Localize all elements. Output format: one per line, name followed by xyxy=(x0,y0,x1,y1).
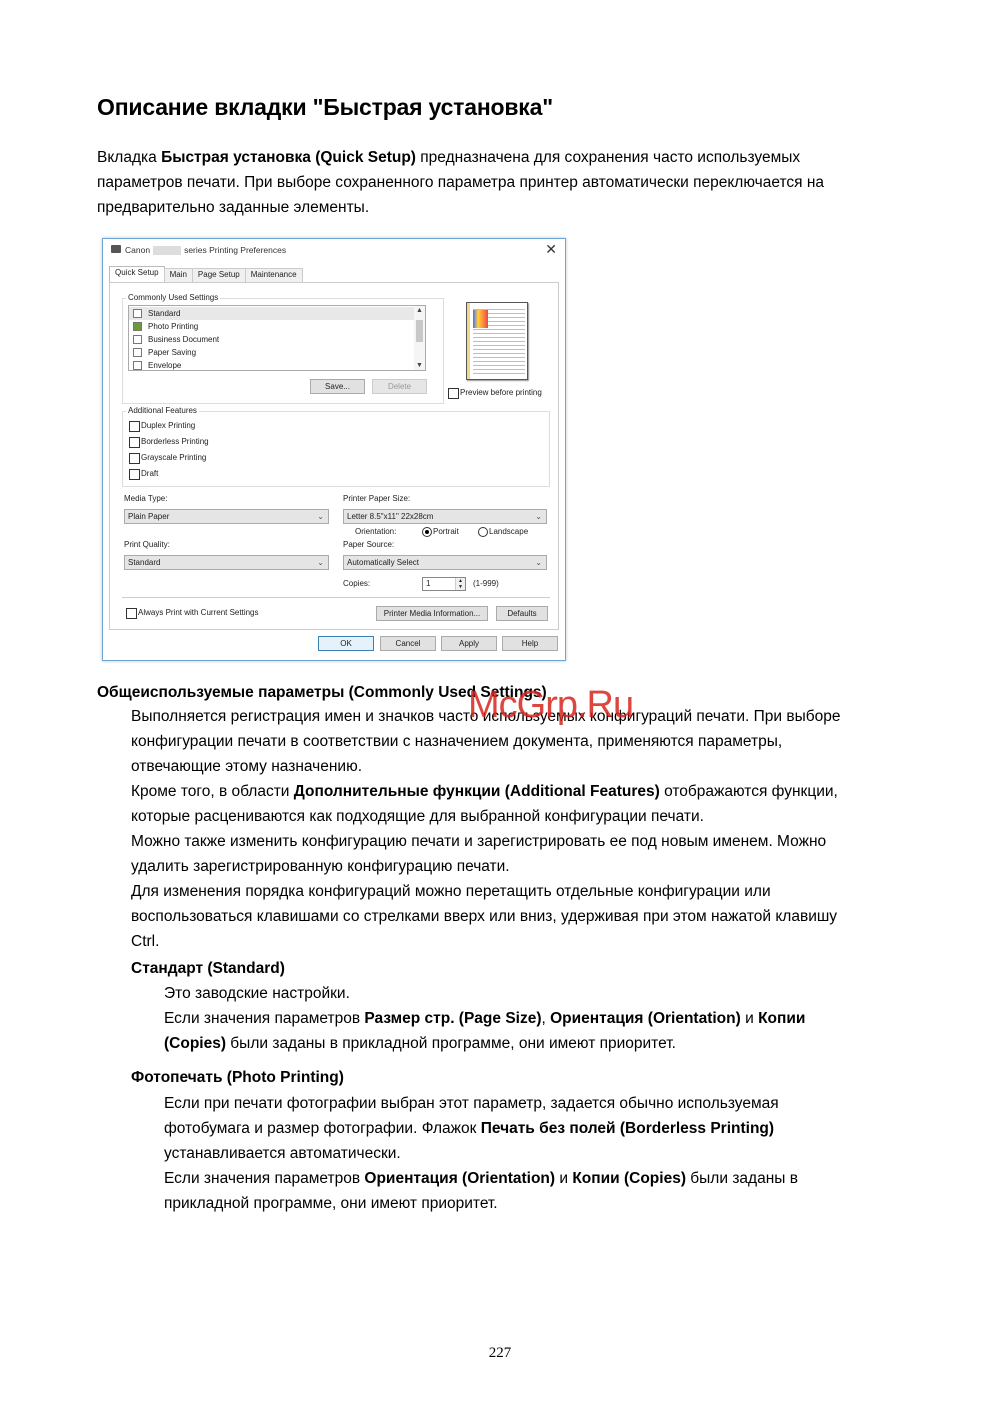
printing-preferences-dialog: Canonseries Printing Preferences ✕ Quick… xyxy=(102,238,566,661)
intro-text: Вкладка xyxy=(97,149,161,166)
chevron-down-icon: ⌄ xyxy=(535,510,542,523)
delete-button[interactable]: Delete xyxy=(372,379,427,394)
standard-paragraph: Это заводские настройки. Если значения п… xyxy=(164,981,924,1056)
chevron-down-icon: ⌄ xyxy=(535,556,542,569)
tab-quick-setup[interactable]: Quick Setup xyxy=(109,266,165,282)
standard-icon xyxy=(133,309,142,318)
standard-heading: Стандарт (Standard) xyxy=(131,956,285,981)
divider xyxy=(122,597,550,598)
defaults-button[interactable]: Defaults xyxy=(496,606,548,621)
save-button[interactable]: Save... xyxy=(310,379,365,394)
media-type-label: Media Type: xyxy=(124,494,167,503)
scroll-thumb[interactable] xyxy=(416,320,423,342)
dialog-titlebar: Canonseries Printing Preferences ✕ xyxy=(103,239,565,261)
apply-button[interactable]: Apply xyxy=(441,636,497,651)
duplex-printing-checkbox[interactable]: Duplex Printing xyxy=(129,421,195,431)
page-title: Описание вкладки "Быстрая установка" xyxy=(97,94,553,121)
watermark: McGrp.Ru xyxy=(468,684,633,727)
copies-stepper[interactable]: 1▲▼ xyxy=(422,577,466,591)
group-label: Commonly Used Settings xyxy=(126,293,220,302)
photo-printing-heading: Фотопечать (Photo Printing) xyxy=(131,1065,344,1090)
intro-bold: Быстрая установка (Quick Setup) xyxy=(161,149,416,166)
section-paragraph: Выполняется регистрация имен и значков ч… xyxy=(131,704,921,954)
print-preview-image xyxy=(466,302,528,380)
list-item[interactable]: Photo Printing xyxy=(129,320,415,333)
chevron-down-icon: ⌄ xyxy=(317,510,324,523)
copies-range: (1-999) xyxy=(473,579,499,588)
portrait-radio[interactable]: Portrait xyxy=(422,527,459,537)
print-quality-select[interactable]: Standard⌄ xyxy=(124,555,329,570)
close-icon[interactable]: ✕ xyxy=(545,241,557,258)
orientation-label: Orientation: xyxy=(355,527,396,536)
intro-text: параметров печати. При выборе сохраненно… xyxy=(97,174,824,191)
printer-icon xyxy=(111,245,121,253)
chevron-down-icon: ⌄ xyxy=(317,556,324,569)
print-quality-label: Print Quality: xyxy=(124,540,170,549)
settings-listbox[interactable]: Standard Photo Printing Business Documen… xyxy=(128,305,426,371)
intro-text: предназначена для сохранения часто испол… xyxy=(416,149,800,166)
chevron-down-icon[interactable]: ▼ xyxy=(416,362,423,369)
document-icon xyxy=(133,335,142,344)
preview-before-printing-checkbox[interactable]: Preview before printing xyxy=(448,388,542,398)
tab-page-setup[interactable]: Page Setup xyxy=(192,268,246,282)
draft-checkbox[interactable]: Draft xyxy=(129,469,158,479)
list-item[interactable]: Paper Saving xyxy=(129,346,415,359)
quick-setup-panel: Commonly Used Settings Standard Photo Pr… xyxy=(109,282,559,630)
tab-maintenance[interactable]: Maintenance xyxy=(245,268,303,282)
grayscale-printing-checkbox[interactable]: Grayscale Printing xyxy=(129,453,206,463)
paper-source-label: Paper Source: xyxy=(343,540,394,549)
list-item[interactable]: Envelope xyxy=(129,359,415,370)
group-label: Additional Features xyxy=(126,406,199,415)
dialog-title: Canonseries Printing Preferences xyxy=(125,245,286,255)
list-scrollbar[interactable]: ▲ ▼ xyxy=(414,306,425,370)
always-print-checkbox[interactable]: Always Print with Current Settings xyxy=(126,608,259,618)
borderless-printing-checkbox[interactable]: Borderless Printing xyxy=(129,437,209,447)
photo-icon xyxy=(133,322,142,331)
chevron-up-icon[interactable]: ▲ xyxy=(416,307,423,314)
help-button[interactable]: Help xyxy=(502,636,558,651)
paper-source-select[interactable]: Automatically Select⌄ xyxy=(343,555,547,570)
media-type-select[interactable]: Plain Paper⌄ xyxy=(124,509,329,524)
paper-saving-icon xyxy=(133,348,142,357)
intro-text: предварительно заданные элементы. xyxy=(97,199,369,216)
paper-size-label: Printer Paper Size: xyxy=(343,494,410,503)
paper-size-select[interactable]: Letter 8.5"x11" 22x28cm⌄ xyxy=(343,509,547,524)
cancel-button[interactable]: Cancel xyxy=(380,636,436,651)
intro-paragraph: Вкладка Быстрая установка (Quick Setup) … xyxy=(97,145,917,220)
copies-label: Copies: xyxy=(343,579,370,588)
printer-media-info-button[interactable]: Printer Media Information... xyxy=(376,606,488,621)
landscape-radio[interactable]: Landscape xyxy=(478,527,528,537)
spin-arrows-icon: ▲▼ xyxy=(455,578,465,590)
list-item[interactable]: Business Document xyxy=(129,333,415,346)
tab-bar: Quick Setup Main Page Setup Maintenance xyxy=(109,268,302,282)
page-number: 227 xyxy=(0,1345,1000,1362)
tab-main[interactable]: Main xyxy=(164,268,193,282)
list-item[interactable]: Standard xyxy=(129,307,415,320)
ok-button[interactable]: OK xyxy=(318,636,374,651)
envelope-icon xyxy=(133,361,142,370)
photo-printing-paragraph: Если при печати фотографии выбран этот п… xyxy=(164,1091,924,1216)
